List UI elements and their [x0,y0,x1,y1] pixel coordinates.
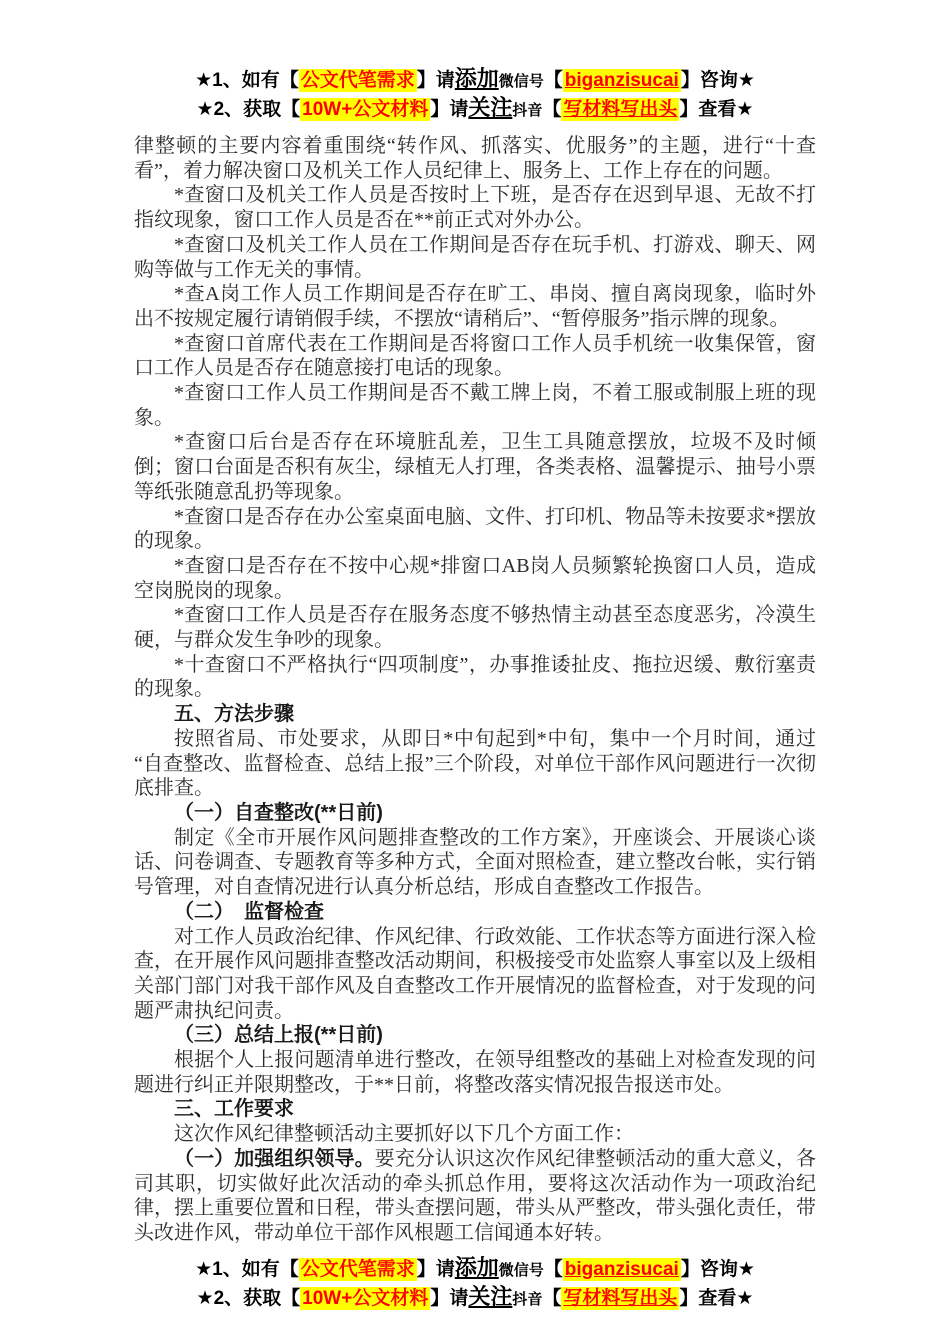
promo-line-2: ★2、获取【10W+公文材料】请关注抖音【写材料写出头】查看★ [0,95,950,124]
promo-text: 】查看★ [679,1288,753,1309]
promo-text: 【 [544,1259,563,1280]
promo-highlight-service: 公文代笔需求 [299,1258,417,1281]
subsection-heading-self-check: （一）自查整改(**日前) [134,801,816,826]
promo-text: 】请 [430,1288,468,1309]
promo-text: 】查看★ [679,99,753,120]
paragraph-continuation: 律整顿的主要内容着重围绕“转作风、抓落实、优服务”的主题，进行“十查看”，着力解… [134,134,816,183]
promo-text: 】咨询★ [681,1259,755,1280]
promo-footer: ★1、如有【公文代笔需求】请添加微信号【biganzisucai】咨询★ ★2、… [0,1255,950,1313]
paragraph: 制定《全市开展作风问题排查整改的工作方案》，开座谈会、开展谈心谈话、问卷调查、专… [134,826,816,900]
subsection-heading-report: （三）总结上报(**日前) [134,1023,816,1048]
paragraph: *查窗口首席代表在工作期间是否将窗口工作人员手机统一收集保管，窗口工作人员是否存… [134,332,816,381]
promo-text: ★1、如有【 [195,70,299,91]
promo-text: 】请 [417,70,455,91]
subsection-heading-supervision: （二） 监督检查 [134,900,816,925]
paragraph: *查窗口后台是否存在环境脏乱差，卫生工具随意摆放，垃圾不及时倾倒；窗口台面是否积… [134,430,816,504]
paragraph: *查窗口是否存在办公室桌面电脑、文件、打印机、物品等未按要求*摆放的现象。 [134,505,816,554]
paragraph: *查A岗工作人员工作期间是否存在旷工、串岗、擅自离岗现象，临时外出不按规定履行请… [134,282,816,331]
promo-text: 【 [542,99,561,120]
promo-channel-douyin: 抖音 [512,102,542,119]
promo-douyin-id: 写材料写出头 [561,98,679,121]
paragraph: 按照省局、市处要求，从即日*中旬起到*中旬，集中一个月时间，通过“自查整改、监督… [134,727,816,801]
paragraph: *查窗口及机关工作人员在工作期间是否存在玩手机、打游戏、聊天、网购等做与工作无关… [134,233,816,282]
promo-highlight-materials: 10W+公文材料 [300,1287,430,1310]
promo-channel-wechat: 微信号 [499,73,544,90]
promo-line-1: ★1、如有【公文代笔需求】请添加微信号【biganzisucai】咨询★ [0,66,950,95]
promo-action-add: 添加 [455,66,499,91]
promo-action-follow: 关注 [468,1284,512,1309]
promo-line-2: ★2、获取【10W+公文材料】请关注抖音【写材料写出头】查看★ [0,1284,950,1313]
promo-highlight-materials: 10W+公文材料 [300,98,430,121]
promo-channel-douyin: 抖音 [512,1291,542,1308]
paragraph: *查窗口工作人员是否存在服务态度不够热情主动甚至态度恶劣，冷漠生硬，与群众发生争… [134,603,816,652]
promo-highlight-service: 公文代笔需求 [299,69,417,92]
promo-text: 】请 [430,99,468,120]
promo-action-add: 添加 [455,1255,499,1280]
paragraph: 这次作风纪律整顿活动主要抓好以下几个方面工作： [134,1122,816,1147]
promo-text: 】请 [417,1259,455,1280]
promo-text: 】咨询★ [681,70,755,91]
promo-text: ★2、获取【 [197,99,301,120]
promo-channel-wechat: 微信号 [499,1262,544,1279]
promo-line-1: ★1、如有【公文代笔需求】请添加微信号【biganzisucai】咨询★ [0,1255,950,1284]
promo-text: ★1、如有【 [195,1259,299,1280]
section-heading-requirements: 三、工作要求 [134,1097,816,1122]
document-body: 律整顿的主要内容着重围绕“转作风、抓落实、优服务”的主题，进行“十查看”，着力解… [134,134,816,1246]
paragraph: 对工作人员政治纪律、作风纪律、行政效能、工作状态等方面进行深入检查，在开展作风问… [134,925,816,1024]
paragraph: *查窗口是否存在不按中心规*排窗口AB岗人员频繁轮换窗口人员，造成空岗脱岗的现象… [134,554,816,603]
document-page: ★1、如有【公文代笔需求】请添加微信号【biganzisucai】咨询★ ★2、… [0,0,950,1344]
paragraph: 根据个人上报问题清单进行整改，在领导组整改的基础上对检查发现的问题进行纠正并限期… [134,1048,816,1097]
paragraph: *查窗口工作人员工作期间是否不戴工牌上岗，不着工服或制服上班的现象。 [134,381,816,430]
section-heading-methods: 五、方法步骤 [134,702,816,727]
promo-douyin-id: 写材料写出头 [561,1287,679,1310]
paragraph-lead: （一）加强组织领导。 [174,1148,375,1170]
paragraph: *十查窗口不严格执行“四项制度”，办事推诿扯皮、拖拉迟缓、敷衍塞责的现象。 [134,653,816,702]
promo-wechat-id: biganzisucai [563,1258,681,1281]
promo-text: ★2、获取【 [197,1288,301,1309]
promo-text: 【 [544,70,563,91]
paragraph: *查窗口及机关工作人员是否按时上下班，是否存在迟到早退、无故不打指纹现象，窗口工… [134,183,816,232]
promo-header: ★1、如有【公文代笔需求】请添加微信号【biganzisucai】咨询★ ★2、… [0,0,950,124]
promo-action-follow: 关注 [468,95,512,120]
paragraph-with-lead: （一）加强组织领导。要充分认识这次作风纪律整顿活动的重大意义，各司其职，切实做好… [134,1147,816,1246]
promo-text: 【 [542,1288,561,1309]
promo-wechat-id: biganzisucai [563,69,681,92]
